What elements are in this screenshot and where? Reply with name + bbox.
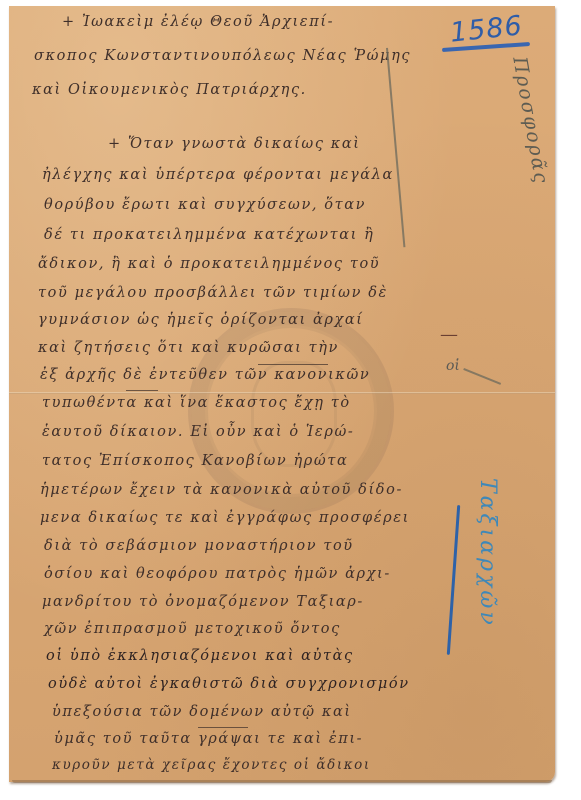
body-line-6: τοῦ μεγάλου προσβάλλει τῶν τιμίων δὲ <box>38 285 388 301</box>
body-line-15: διὰ τὸ σεβάσμιον μοναστήριον τοῦ <box>44 538 354 554</box>
pencil-small-mark: οἱ <box>446 358 460 374</box>
fold-crease <box>9 392 555 394</box>
header-line-1: + Ἰωακεὶμ ἐλέῳ Θεοῦ Ἀρχιεπί- <box>62 14 334 30</box>
underline-mark <box>258 364 328 365</box>
header-line-3: καὶ Οἰκουμενικὸς Πατριάρχης. <box>32 82 307 98</box>
body-line-21: ὑπεξούσια τῶν δομένων αὐτῷ καὶ <box>52 704 352 720</box>
body-line-14: μενα δικαίως τε καὶ ἐγγράφως προσφέρει <box>40 510 410 526</box>
header-line-2: σκοπος Κωνσταντινουπόλεως Νέας Ῥώμης <box>34 48 411 64</box>
body-line-2: ἠλέγχης καὶ ὑπέρτερα φέρονται μεγάλα <box>42 167 394 183</box>
pencil-dash-mark: — <box>440 324 458 345</box>
body-line-12: τατος Ἐπίσκοπος Κανοβίων ἠρώτα <box>42 453 348 469</box>
body-line-4: δέ τι προκατειλημμένα κατέχωνται ἢ <box>44 227 374 243</box>
paper-bottom-edge <box>12 780 552 783</box>
body-line-22: ὑμᾶς τοῦ ταῦτα γράψαι τε καὶ ἐπι- <box>54 731 363 747</box>
body-line-11: ἑαυτοῦ δίκαιον. Εἰ οὖν καὶ ὁ Ἱερώ- <box>42 424 354 440</box>
body-line-1: + Ὅταν γνωστὰ δικαίως καὶ <box>108 136 361 152</box>
body-line-23: κυροῦν μετὰ χεῖρας ἔχοντες οἱ ἄδικοι <box>52 757 371 773</box>
body-line-18: χῶν ἐπιπρασμοῦ μετοχικοῦ ὄντος <box>44 621 341 637</box>
body-line-13: ἡμετέρων ἔχειν τὰ κανονικὰ αὐτοῦ δίδο- <box>40 482 403 498</box>
underline-mark <box>126 390 158 391</box>
body-line-5: ἄδικον, ἢ καὶ ὁ προκατειλημμένος τοῦ <box>38 256 380 272</box>
body-line-10: τυπωθέντα καὶ ἵνα ἕκαστος ἔχῃ τὸ <box>42 395 351 411</box>
body-line-19: οἱ ὑπὸ ἐκκλησιαζόμενοι καὶ αὐτὰς <box>46 648 354 664</box>
underline-mark <box>198 727 248 728</box>
body-line-7: γυμνάσιον ὡς ἡμεῖς ὁρίζονται ἀρχαί <box>38 312 364 328</box>
body-line-16: ὁσίου καὶ θεοφόρου πατρὸς ἡμῶν ἀρχι- <box>44 566 391 582</box>
body-line-17: μανδρίτου τὸ ὀνομαζόμενον Ταξιαρ- <box>42 594 364 610</box>
body-line-8: καὶ ζητήσεις ὅτι καὶ κυρῶσαι τὴν <box>38 340 339 356</box>
body-line-20: οὐδὲ αὐτοὶ ἐγκαθιστῶ διὰ συγχρονισμόν <box>48 676 410 692</box>
body-line-9: ἐξ ἀρχῆς δὲ ἐντεῦθεν τῶν κανονικῶν <box>40 367 370 383</box>
blue-pen-annotation: Ταξιαρχῶν <box>475 478 500 628</box>
body-line-3: θορύβου ἔρωτι καὶ συγχύσεων, ὅταν <box>44 197 366 213</box>
